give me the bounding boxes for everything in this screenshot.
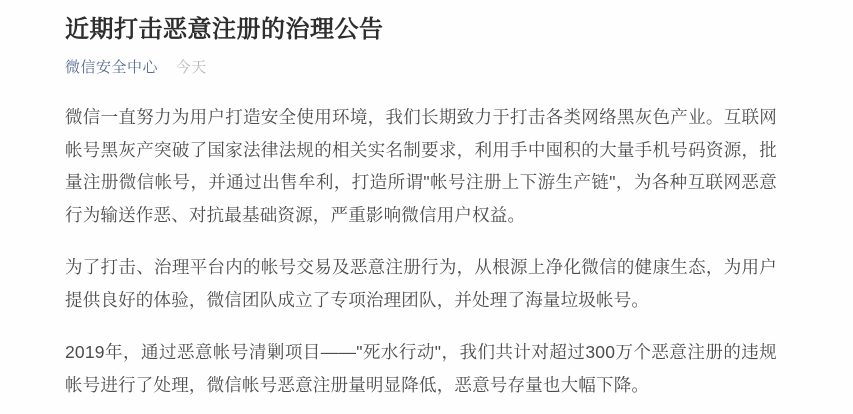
- author-link[interactable]: 微信安全中心: [65, 59, 158, 76]
- article-meta: 微信安全中心 今天: [65, 57, 777, 78]
- article-paragraph-1: 微信一直努力为用户打造安全使用环境，我们长期致力于打击各类网络黑灰色产业。互联网…: [65, 101, 777, 231]
- article-page: 近期打击恶意注册的治理公告 微信安全中心 今天 微信一直努力为用户打造安全使用环…: [0, 0, 853, 414]
- article-body: 微信一直努力为用户打造安全使用环境，我们长期致力于打击各类网络黑灰色产业。互联网…: [65, 101, 777, 401]
- article-paragraph-2: 为了打击、治理平台内的帐号交易及恶意注册行为，从根源上净化微信的健康生态，为用户…: [65, 251, 777, 316]
- article-paragraph-3: 2019年，通过恶意帐号清剿项目——"死水行动"，我们共计对超过300万个恶意注…: [65, 336, 777, 401]
- article-title: 近期打击恶意注册的治理公告: [65, 14, 777, 45]
- publish-date: 今天: [176, 59, 207, 76]
- wechat-article: 近期打击恶意注册的治理公告 微信安全中心 今天 微信一直努力为用户打造安全使用环…: [0, 0, 853, 401]
